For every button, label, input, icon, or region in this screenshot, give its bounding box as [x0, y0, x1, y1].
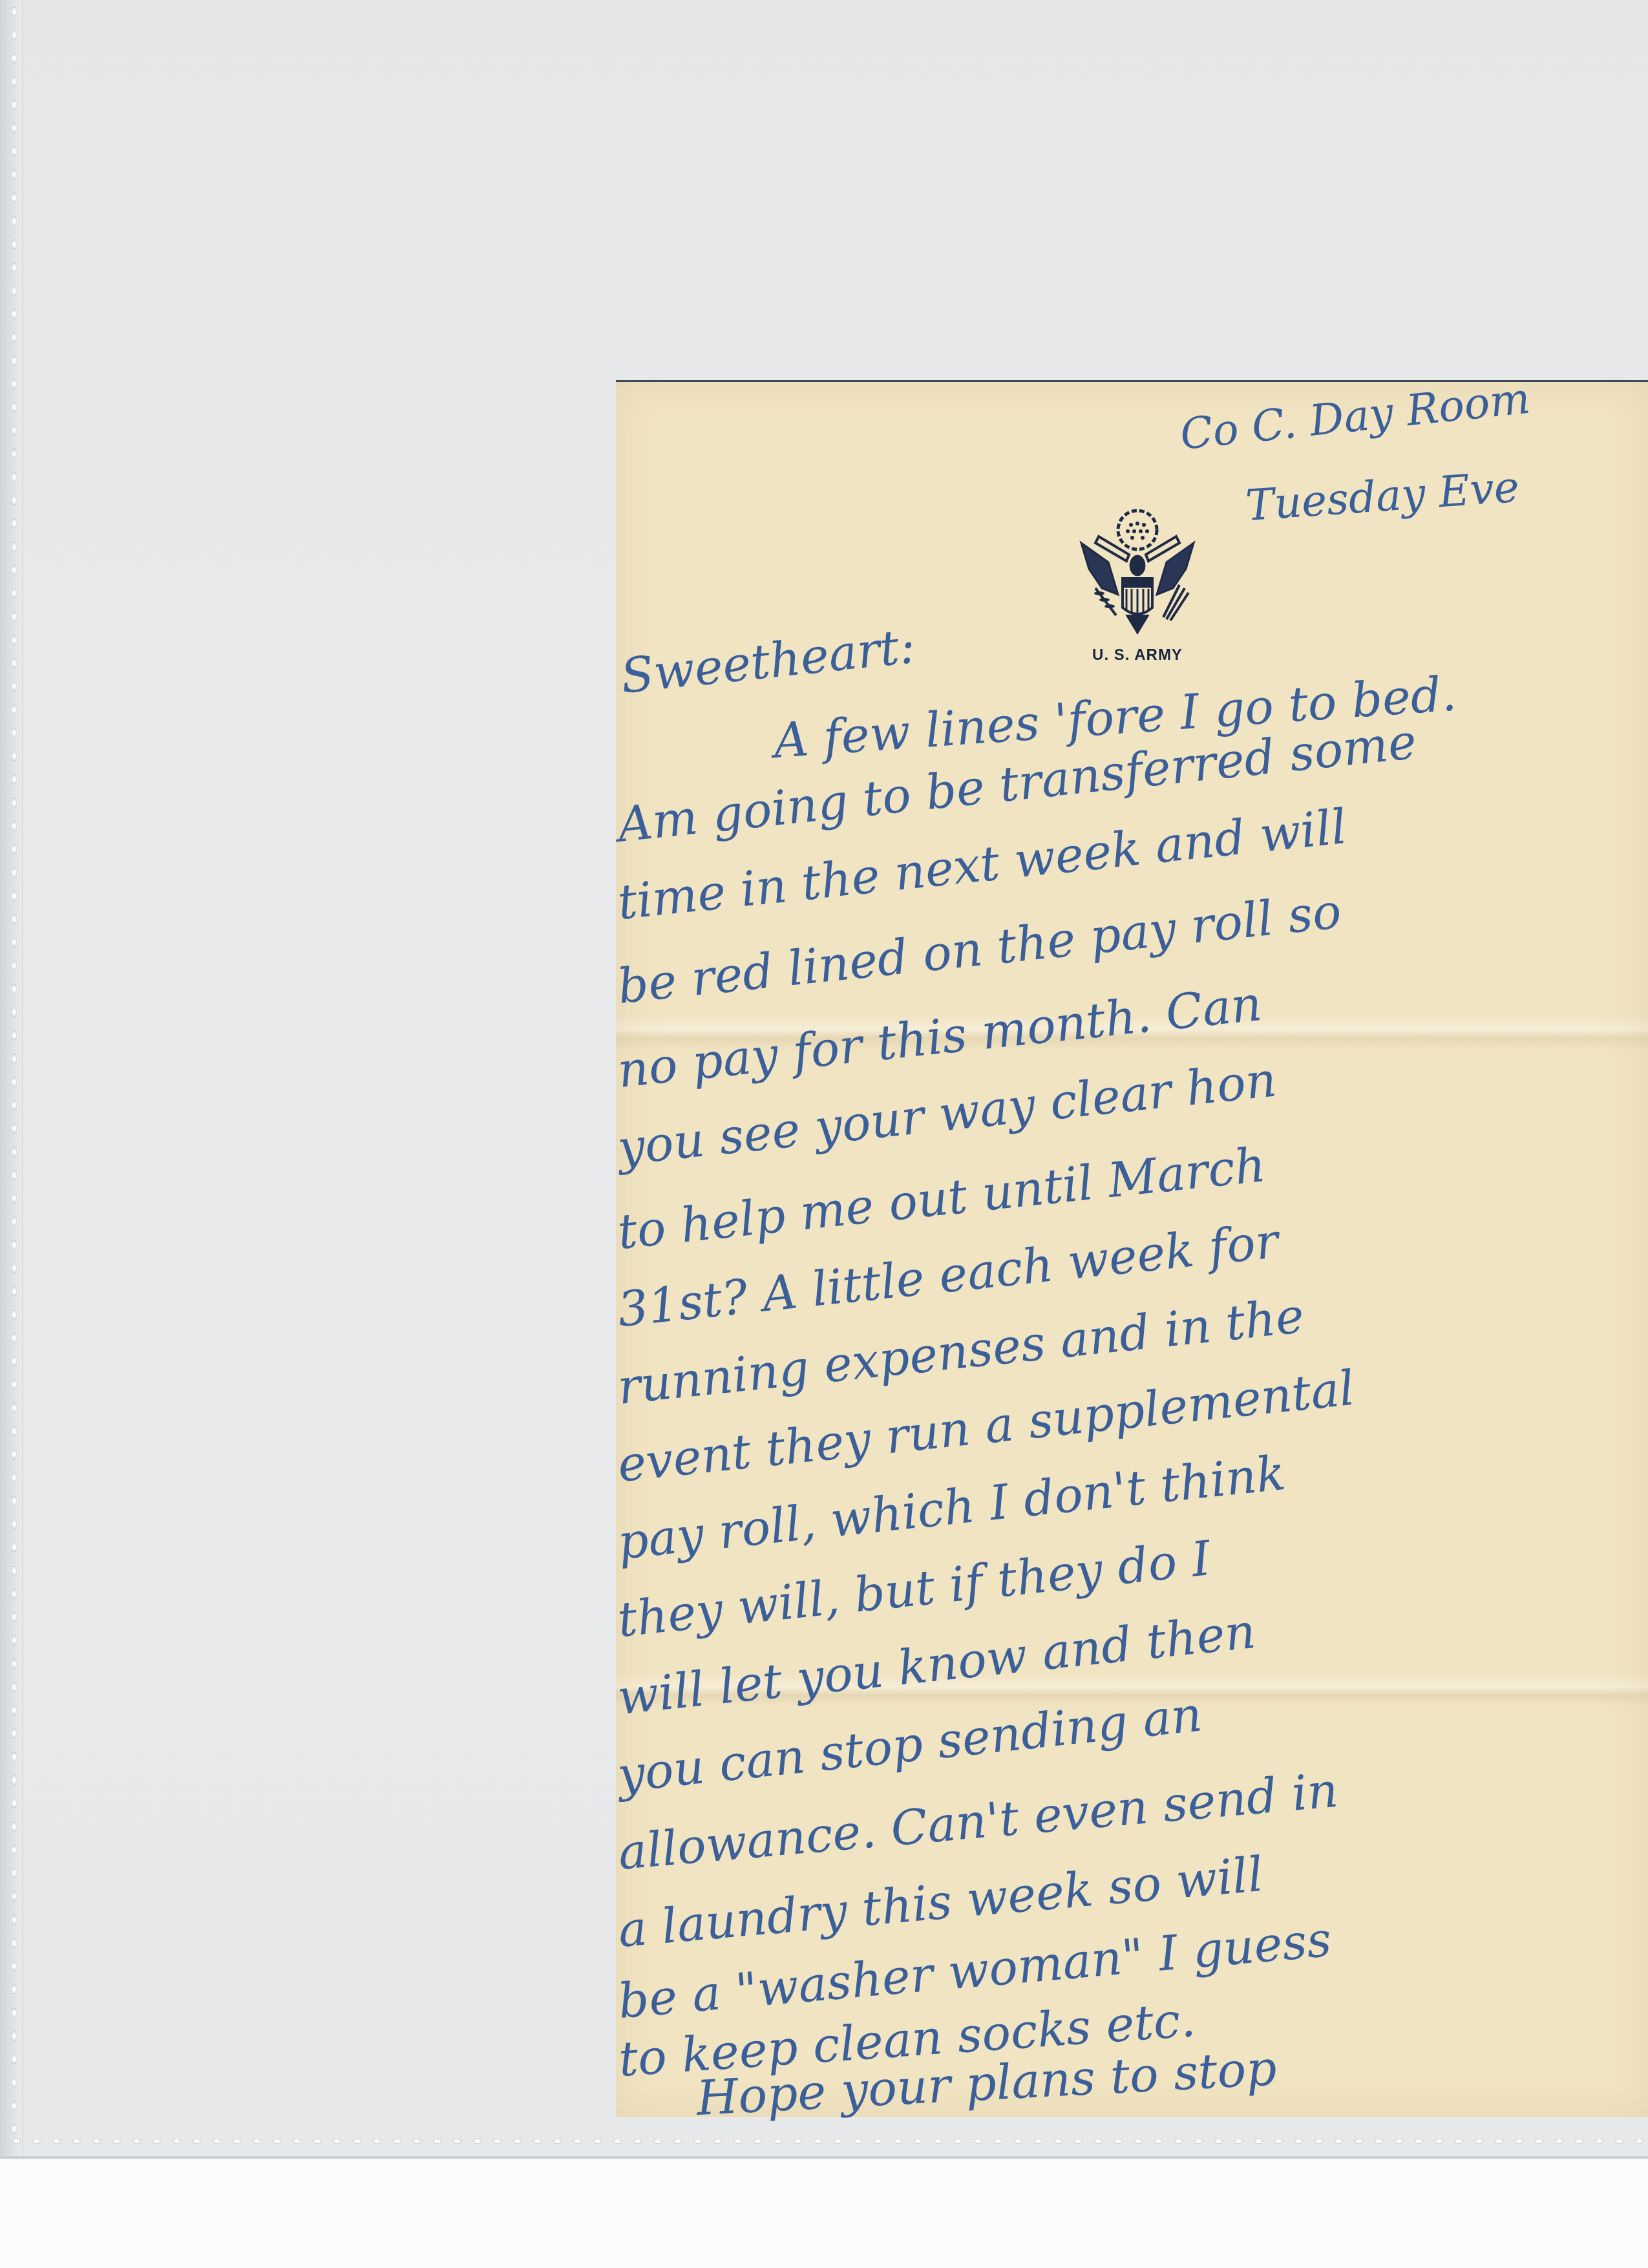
sleeve-perforation-left [9, 0, 19, 2146]
letterhead-text: U. S. ARMY [1060, 646, 1215, 664]
great-seal-eagle-icon [1070, 504, 1205, 640]
sleeve-perforation-bottom [6, 2136, 1648, 2147]
scan-background [0, 2159, 1648, 2268]
letterhead: U. S. ARMY [1060, 504, 1215, 664]
